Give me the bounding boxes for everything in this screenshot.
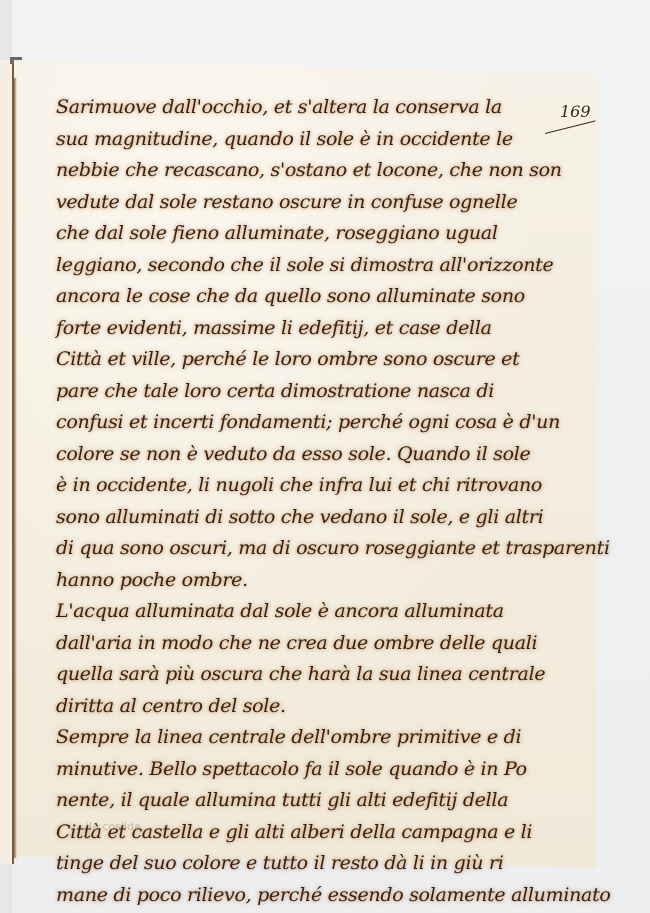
text-line: colore se non è veduto da esso sole. Qua… <box>56 443 556 475</box>
previous-page-edge <box>0 60 14 864</box>
text-line: vedute dal sole restano oscure in confus… <box>56 191 556 223</box>
text-line: pare che tale loro certa dimostratione n… <box>56 380 556 412</box>
text-line: sua magnitudine, quando il sole è in occ… <box>56 128 556 160</box>
text-line: forte evidenti, massime li edefitij, et … <box>56 317 556 349</box>
text-line: quella sarà più oscura che harà la sua l… <box>56 663 556 695</box>
text-line: sono alluminati di sotto che vedano il s… <box>56 506 556 538</box>
text-line: di qua sono oscuri, ma di oscuro roseggi… <box>56 537 556 569</box>
text-line: tinge del suo colore e tutto il resto dà… <box>56 852 556 884</box>
text-line: Sarimuove dall'occhio, et s'altera la co… <box>56 96 556 128</box>
text-line: ancora le cose che da quello sono allumi… <box>56 285 556 317</box>
text-line: L'acqua alluminata dal sole è ancora all… <box>56 600 556 632</box>
text-line: Città et ville, perché le loro ombre son… <box>56 348 556 380</box>
text-line: confusi et incerti fondamenti; perché og… <box>56 411 556 443</box>
text-line: leggiano, secondo che il sole si dimostr… <box>56 254 556 286</box>
binding-shadow <box>14 78 17 858</box>
folio-number: 169 <box>560 102 591 121</box>
faint-stamp: ila cosilda <box>86 820 141 833</box>
text-line: nebbie che recascano, s'ostano et locone… <box>56 159 556 191</box>
text-line: che dal sole fieno alluminate, roseggian… <box>56 222 556 254</box>
manuscript-text: Sarimuove dall'occhio, et s'altera la co… <box>56 96 556 913</box>
text-line: mane di poco rilievo, perché essendo sol… <box>56 884 556 913</box>
text-line: minutive. Bello spettacolo fa il sole qu… <box>56 758 556 790</box>
text-line: hanno poche ombre. <box>56 569 556 601</box>
text-line: è in occidente, li nugoli che infra lui … <box>56 474 556 506</box>
text-line: diritta al centro del sole. <box>56 695 556 727</box>
text-line: dall'aria in modo che ne crea due ombre … <box>56 632 556 664</box>
text-line: Sempre la linea centrale dell'ombre prim… <box>56 726 556 758</box>
text-line: nente, il quale allumina tutti gli alti … <box>56 789 556 821</box>
